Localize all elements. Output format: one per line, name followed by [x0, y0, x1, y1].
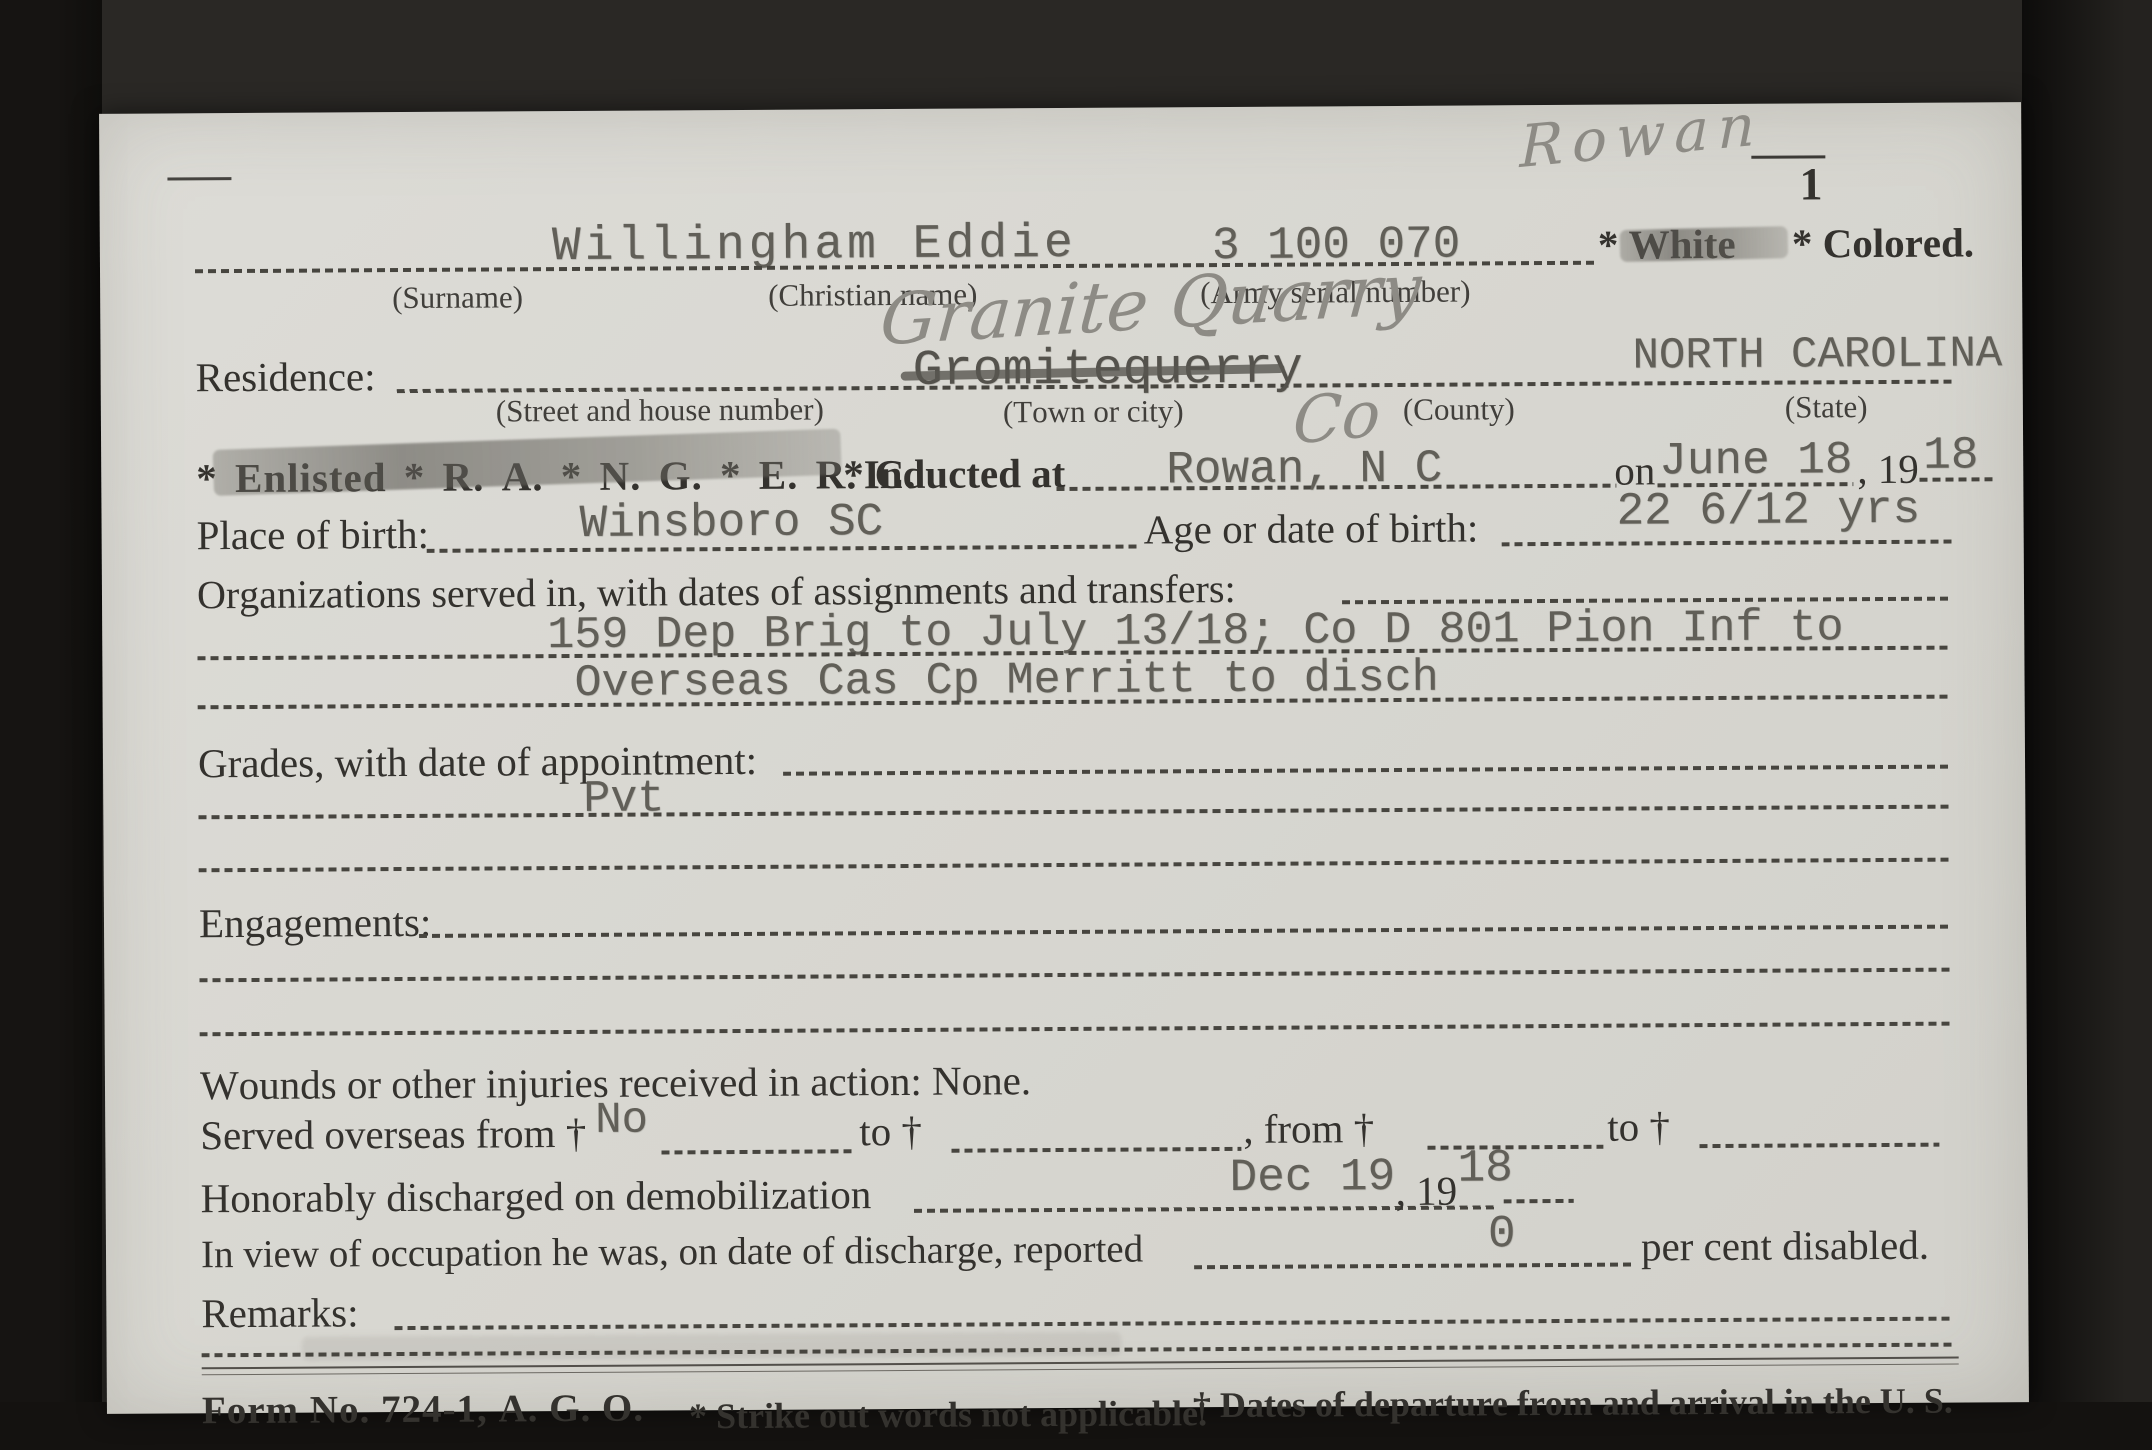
discharge-year-dots — [1504, 1199, 1574, 1203]
pencil-county-note: Rowan — [1519, 95, 1764, 176]
grades-dots-2 — [199, 858, 1951, 873]
inducted-at-label: *Inducted at — [843, 453, 1065, 495]
page-number: 1 — [1799, 161, 1822, 207]
faint-stamp-smudge — [302, 1332, 1122, 1361]
race-colored-option: * Colored. — [1792, 222, 1974, 264]
discharge-year-printed: , 19 — [1396, 1171, 1458, 1212]
induction-year-dots — [1919, 477, 1995, 481]
grades-dots-1 — [198, 805, 1950, 820]
overseas-dots-1 — [661, 1149, 853, 1154]
typed-discharge-year: 18 — [1457, 1145, 1512, 1191]
engagements-dots-1 — [199, 968, 1951, 983]
overseas-prefix: Served overseas from † — [200, 1113, 586, 1156]
strike-note: * Strike out words not applicable. — [689, 1395, 1207, 1434]
overseas-dots-4 — [1699, 1143, 1939, 1148]
typed-age-value: 22 6/12 yrs — [1616, 487, 1920, 535]
overseas-to1: to † — [859, 1111, 922, 1152]
typed-place-of-birth: Winsboro SC — [579, 499, 883, 547]
race-white-strikeout-smudge — [1620, 226, 1789, 262]
disability-label: In view of occupation he was, on date of… — [201, 1230, 1143, 1275]
surname-label: (Surname) — [392, 281, 523, 313]
form-number: Form No. 724-1, A. G. O. — [202, 1389, 644, 1431]
typed-state-value: NORTH CAROLINA — [1632, 332, 2002, 378]
overseas-dots-3 — [1427, 1145, 1603, 1150]
age-label: Age or date of birth: — [1143, 507, 1478, 550]
age-dots — [1502, 540, 1954, 547]
typed-induction-place: Rowan, N C — [1166, 446, 1442, 494]
typed-discharge-date: Dec 19 — [1229, 1154, 1395, 1201]
scanned-document-photo: Rowan 1 Willingham Eddie 3 100 070 * Whi… — [0, 0, 2152, 1450]
typed-induction-year: 18 — [1923, 432, 1978, 478]
engagements-dots-2 — [200, 1022, 1952, 1037]
dagger-note: † Dates of departure from and arrival in… — [1193, 1383, 1953, 1424]
engagements-label-dots — [419, 925, 1951, 938]
scan-background-left — [0, 0, 102, 1450]
residence-label: Residence: — [196, 356, 376, 398]
grades-label: Grades, with date of appointment: — [198, 740, 757, 784]
remarks-dots — [394, 1317, 1953, 1331]
remarks-label: Remarks: — [201, 1292, 358, 1334]
scan-background-right — [2022, 0, 2152, 1450]
service-record-card: Rowan 1 Willingham Eddie 3 100 070 * Whi… — [99, 102, 2029, 1414]
disability-dots — [1194, 1263, 1632, 1270]
street-label: (Street and house number) — [496, 393, 824, 426]
overseas-from2: , from † — [1243, 1108, 1374, 1150]
town-label: (Town or city) — [1003, 395, 1184, 427]
top-left-dash — [167, 177, 231, 180]
disability-suffix: per cent disabled. — [1641, 1225, 1929, 1268]
engagements-label: Engagements: — [199, 902, 432, 944]
grades-label-dots — [783, 765, 1950, 776]
typed-induction-date: June 18 — [1659, 437, 1853, 484]
place-of-birth-label: Place of birth: — [197, 514, 430, 556]
typed-disability-value: 0 — [1488, 1211, 1516, 1257]
typed-overseas-from: No — [595, 1099, 648, 1143]
county-label: (County) — [1403, 393, 1515, 425]
overseas-to2: to † — [1607, 1106, 1670, 1147]
place-of-birth-dots — [427, 545, 1139, 553]
overseas-dots-2 — [951, 1147, 1241, 1153]
state-label: (State) — [1785, 391, 1868, 423]
discharge-label: Honorably discharged on demobilization — [201, 1174, 872, 1219]
